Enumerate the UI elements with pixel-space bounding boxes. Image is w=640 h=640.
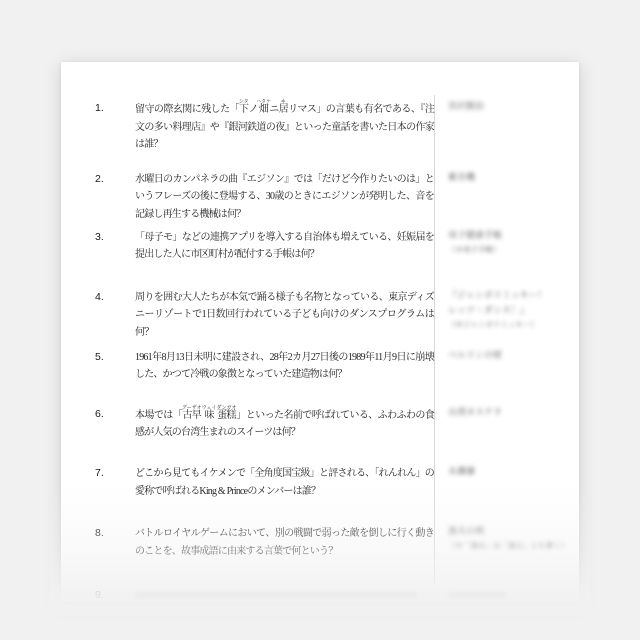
question-text: 周りを囲む大人たちが本気で踊る様子も名物となっている、東京ディズニーリゾートで1… — [135, 289, 434, 342]
question-text: 1961年8月13日未明に建設され、28年2カ月27日後の1989年11月9日に… — [135, 349, 434, 384]
question-text — [135, 587, 434, 599]
answer-text: 漁夫の利（※「漁夫」は「漁父」とも書く） — [434, 525, 579, 555]
question-row: 7. どこから見てもイケメンで「全角度国宝級」と評される、「れんれん」の愛称で呼… — [95, 465, 579, 500]
question-row: 2. 水曜日のカンパネラの曲『エジソン』では「だけど今作りたいのは」というフレー… — [95, 171, 579, 224]
answer-text: ベルリンの壁 — [434, 349, 579, 364]
question-row: 9. — [95, 587, 579, 605]
question-number: 1. — [95, 100, 135, 118]
answer-line: 母子健康手帳 — [448, 229, 579, 241]
answer-line: 永瀬廉 — [448, 465, 579, 477]
answer-line: 蓄音機 — [448, 171, 579, 183]
question-row: 1. 留守の際玄関に残した「下シタノ畑ハタケニ居ヰリマス」の言葉も有名である、『… — [95, 100, 579, 154]
answer-text: 宮沢賢治 — [434, 100, 579, 115]
question-number: 7. — [95, 465, 135, 483]
question-list: 1. 留守の際玄関に残した「下シタノ畑ハタケニ居ヰリマス」の言葉も有名である、『… — [95, 100, 579, 605]
answer-text: 『ジャンボリミッキー！レッツ・ダンス！』（※ジャンボリミッキー） — [434, 289, 579, 334]
question-number: 6. — [95, 406, 135, 424]
document-viewer-background: 1. 留守の際玄関に残した「下シタノ畑ハタケニ居ヰリマス」の言葉も有名である、『… — [0, 0, 640, 640]
answer-line: 宮沢賢治 — [448, 100, 579, 112]
question-number: 4. — [95, 289, 135, 307]
ruby-annotation: 蛋糕ダンガオ — [216, 410, 236, 421]
question-text: 本場では「古早グーザオ味ウェイ蛋糕ダンガオ」といった名前で呼ばれている、ふわふわ… — [135, 406, 434, 442]
answer-line: 台湾カステラ — [448, 406, 579, 418]
question-row: 3. 「母子モ」などの連携アプリを導入する自治体も増えている、妊娠届を提出した人… — [95, 229, 579, 264]
question-row: 5. 1961年8月13日未明に建設され、28年2カ月27日後の1989年11月… — [95, 349, 579, 384]
question-text: 「母子モ」などの連携アプリを導入する自治体も増えている、妊娠届を提出した人に市区… — [135, 229, 434, 264]
answer-text: 母子健康手帳（※母子手帳） — [434, 229, 579, 259]
quiz-page: 1. 留守の際玄関に残した「下シタノ畑ハタケニ居ヰリマス」の言葉も有名である、『… — [61, 62, 579, 602]
question-number: 8. — [95, 525, 135, 543]
answer-text: 永瀬廉 — [434, 465, 579, 480]
question-text: どこから見てもイケメンで「全角度国宝級」と評される、「れんれん」の愛称で呼ばれる… — [135, 465, 434, 500]
question-row: 6. 本場では「古早グーザオ味ウェイ蛋糕ダンガオ」といった名前で呼ばれている、ふ… — [95, 406, 579, 442]
redacted-question-bar — [135, 592, 418, 599]
ruby-annotation: 味ウェイ — [202, 410, 217, 421]
answer-line: ベルリンの壁 — [448, 349, 579, 361]
question-number: 9. — [95, 587, 135, 605]
answer-line: （※ジャンボリミッキー） — [448, 319, 579, 331]
ruby-annotation: 古早グーザオ — [182, 410, 202, 421]
ruby-annotation: 下シタ — [239, 104, 248, 115]
answer-line: （※母子手帳） — [448, 244, 579, 256]
question-text: 留守の際玄関に残した「下シタノ畑ハタケニ居ヰリマス」の言葉も有名である、『注文の… — [135, 100, 434, 154]
question-text: 水曜日のカンパネラの曲『エジソン』では「だけど今作りたいのは」というフレーズの後… — [135, 171, 434, 224]
redacted-answer-bar — [448, 592, 506, 599]
question-number: 5. — [95, 349, 135, 367]
answer-text: 蓄音機 — [434, 171, 579, 186]
question-number: 3. — [95, 229, 135, 247]
question-row: 4. 周りを囲む大人たちが本気で踊る様子も名物となっている、東京ディズニーリゾー… — [95, 289, 579, 342]
answer-line: 漁夫の利 — [448, 525, 579, 537]
question-text: バトルロイヤルゲームにおいて、別の戦闘で弱った敵を倒しに行く動きのことを、故事成… — [135, 525, 434, 560]
question-row: 8. バトルロイヤルゲームにおいて、別の戦闘で弱った敵を倒しに行く動きのことを、… — [95, 525, 579, 560]
answer-text: 台湾カステラ — [434, 406, 579, 421]
answer-line: レッツ・ダンス！』 — [448, 304, 579, 316]
question-number: 2. — [95, 171, 135, 189]
ruby-annotation: 居ヰ — [279, 104, 288, 115]
answer-line: 『ジャンボリミッキー！ — [448, 289, 579, 301]
ruby-annotation: 畑ハタケ — [258, 104, 269, 115]
answer-line: （※「漁夫」は「漁父」とも書く） — [448, 540, 579, 552]
answer-text — [434, 587, 579, 599]
